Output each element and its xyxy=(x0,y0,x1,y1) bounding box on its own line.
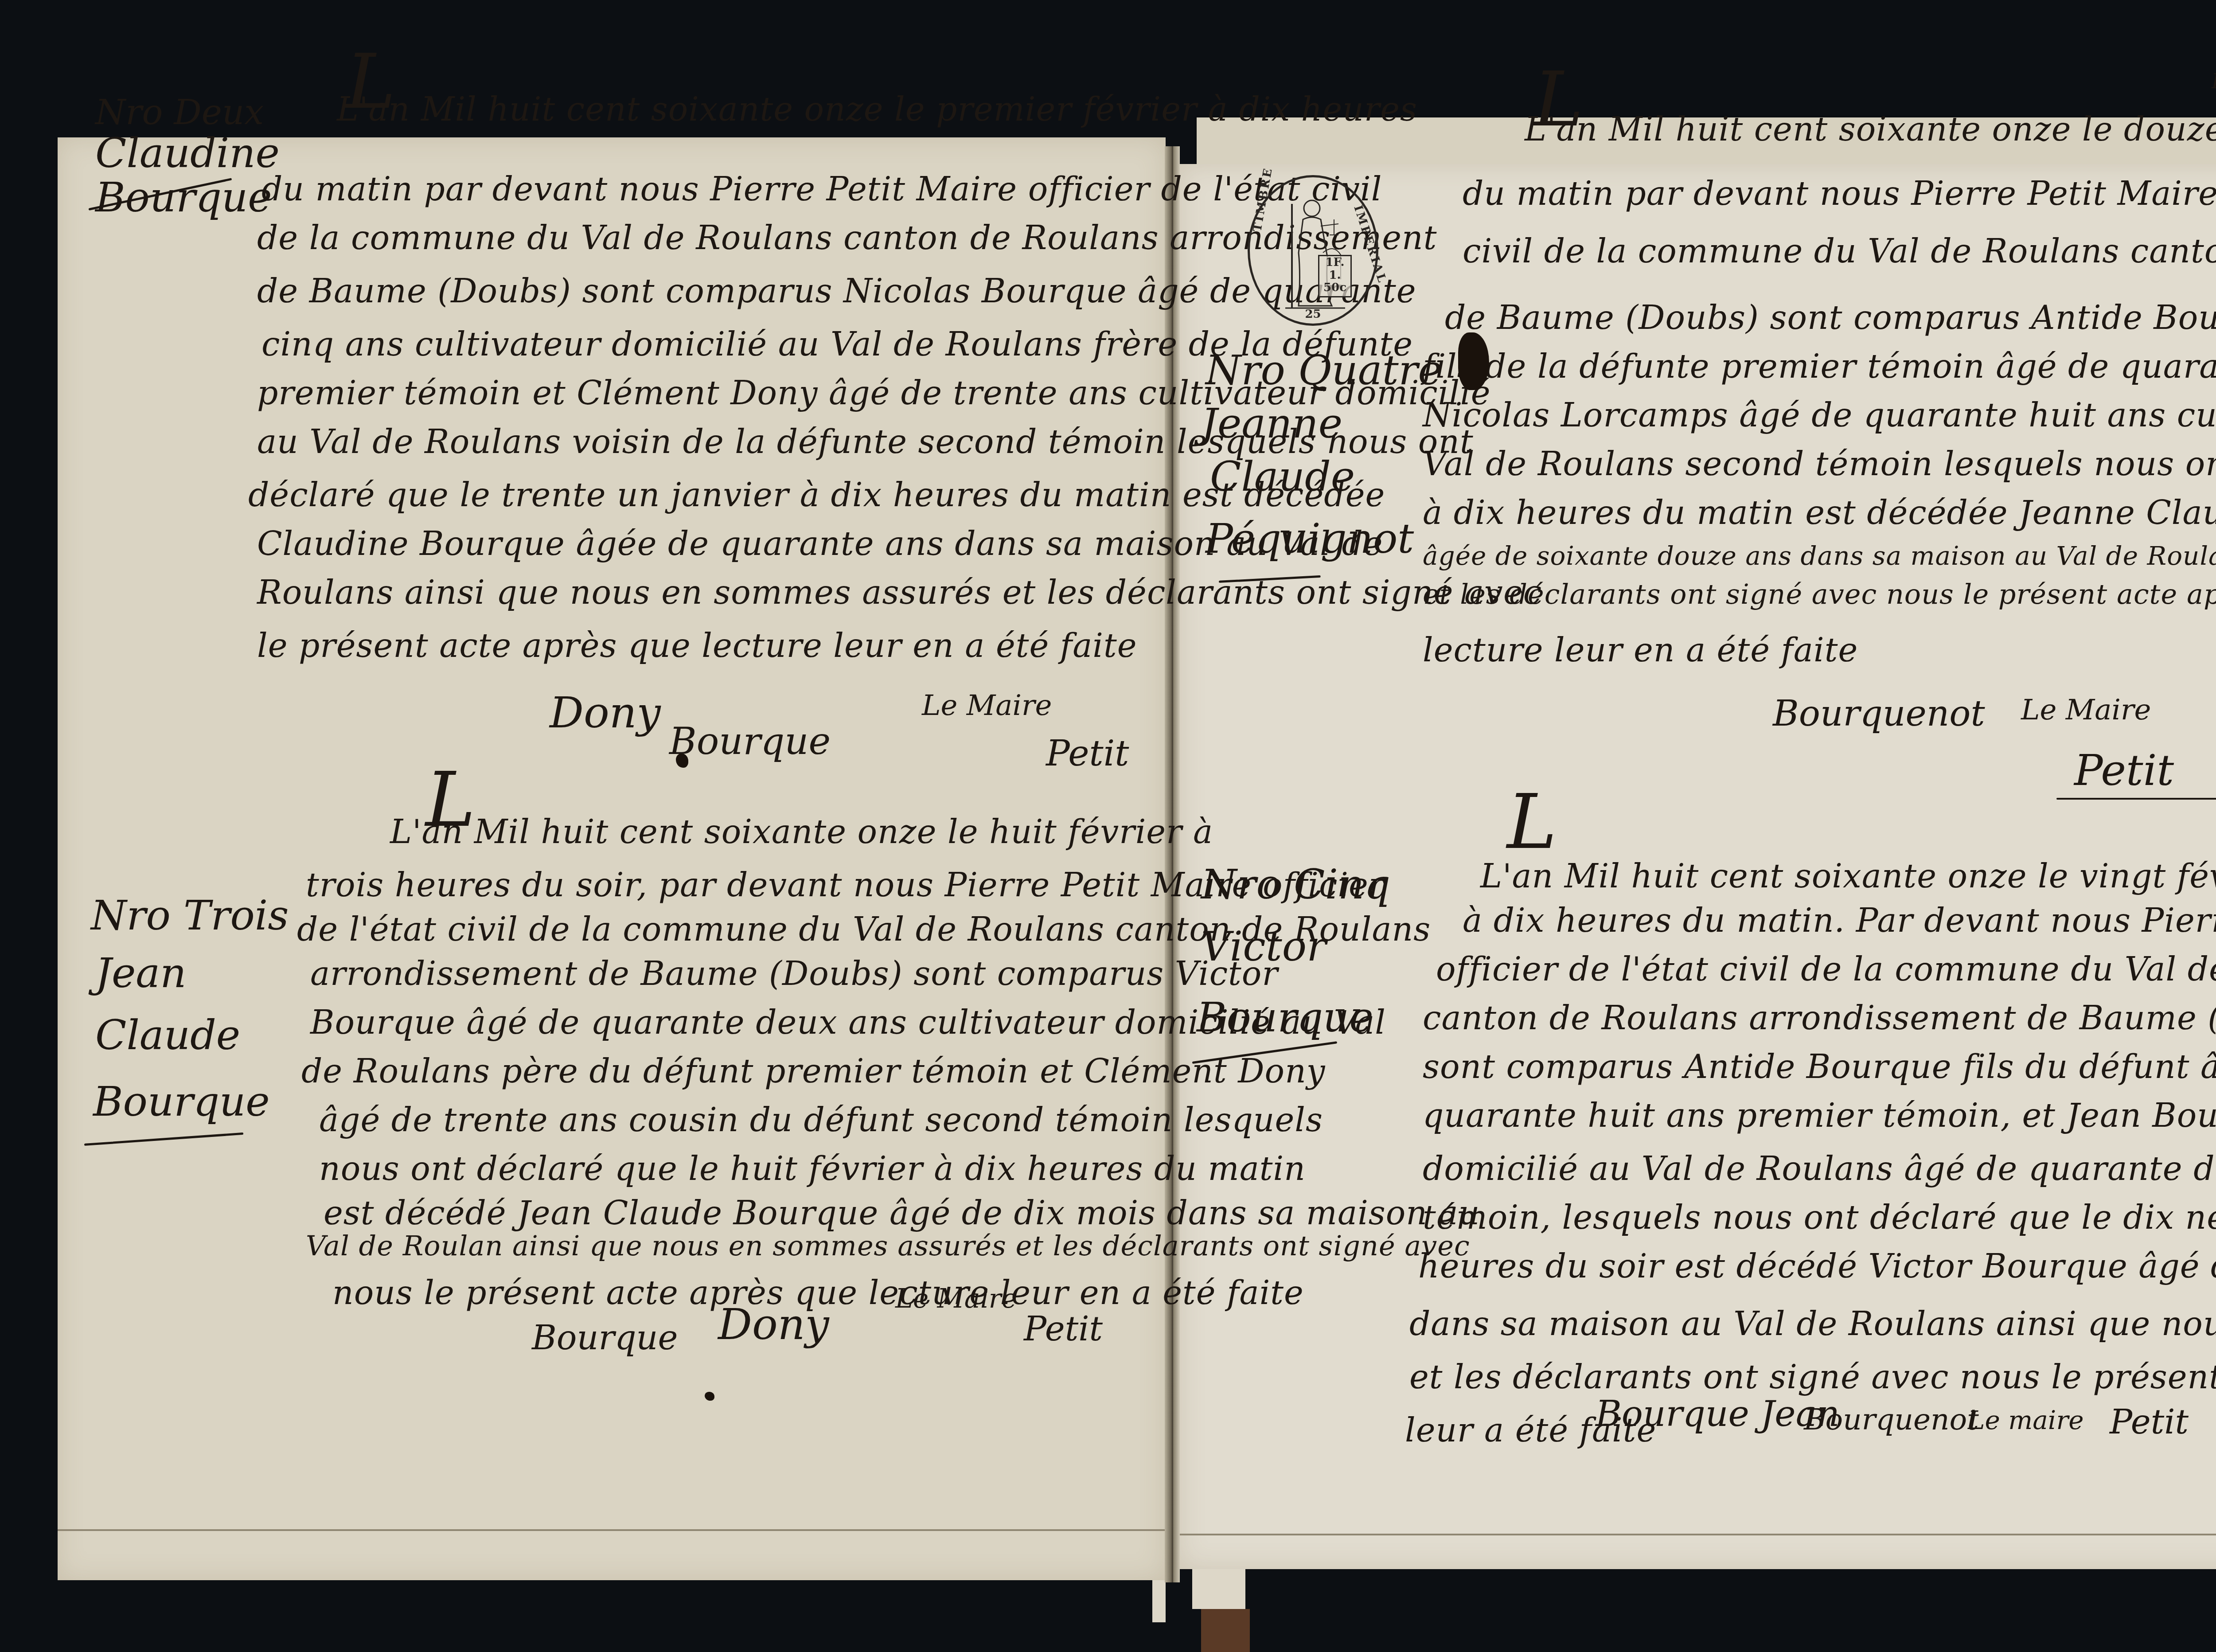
entry-4-line: témoin, lesquels nous ont déclaré que le… xyxy=(1423,1201,2216,1234)
entry-3-margin-surname: Péquignot xyxy=(1206,519,1414,559)
entry-4-mayor-label: Le maire xyxy=(1968,1407,2083,1433)
left-page-bottom-fold xyxy=(58,1529,1166,1531)
entry-3-line: lecture leur en a été faite xyxy=(1423,634,1858,667)
entry-3-mayor-signature: Petit xyxy=(2074,749,2174,792)
stamp-number: 25 xyxy=(1250,308,1376,321)
entry-4-margin-surname: Bourque xyxy=(1197,997,1373,1038)
entry-4-line: heures du soir est décédé Victor Bourque… xyxy=(1418,1250,2216,1283)
folio-note: Deuxième feuillet xyxy=(2212,71,2216,91)
entry-3-line: âgée de soixante douze ans dans sa maiso… xyxy=(1423,543,2216,569)
stamp-value-bottom: 50c xyxy=(1319,281,1350,294)
stamp-value-mid: 1. xyxy=(1319,269,1350,282)
entry-2-line: de Roulans père du défunt premier témoin… xyxy=(301,1055,1326,1088)
entry-1-margin-surname: Bourque xyxy=(95,177,272,218)
entry-4-signature-bourquenot: Bourquenot xyxy=(1804,1405,1979,1434)
entry-4-line: sont comparus Antide Bourque fils du déf… xyxy=(1423,1051,2216,1083)
entry-4-line: officier de l'état civil de la commune d… xyxy=(1436,953,2216,986)
entry-1-mayor-signature: Petit xyxy=(1046,736,1129,771)
entry-4-line: canton de Roulans arrondissement de Baum… xyxy=(1423,1002,2216,1035)
entry-4-signature-bourque-jean: Bourque Jean xyxy=(1596,1396,1840,1432)
entry-2-line: âgé de trente ans cousin du défunt secon… xyxy=(319,1104,1323,1136)
entry-2-mayor-label: Le Maire xyxy=(895,1285,1017,1312)
entry-3-line: de Baume (Doubs) sont comparus Antide Bo… xyxy=(1445,301,2216,334)
entry-4-line: et les déclarants ont signé avec nous le… xyxy=(1409,1361,2216,1394)
entry-3-line: civil de la commune du Val de Roulans ca… xyxy=(1463,235,2216,268)
entry-3-line: à dix heures du matin est décédée Jeanne… xyxy=(1423,496,2216,529)
entry-1-line: du matin par devant nous Pierre Petit Ma… xyxy=(261,173,1382,206)
entry-2-margin-firstname: Jean xyxy=(95,953,186,994)
entry-4-dropcap: L xyxy=(1507,785,1557,860)
entry-2-margin-middlename: Claude xyxy=(95,1015,240,1056)
entry-3-mayor-label: Le Maire xyxy=(2021,696,2151,724)
entry-2-line: Val de Roulan ainsi que nous en sommes a… xyxy=(306,1232,1470,1260)
entry-3-closing-flourish xyxy=(2056,798,2216,800)
entry-4-mayor-signature: Petit xyxy=(2110,1405,2189,1439)
entry-2-signature-bourque: Bourque xyxy=(532,1321,678,1355)
entry-4-line: dans sa maison au Val de Roulans ainsi q… xyxy=(1409,1308,2216,1340)
entry-3-margin-firstname: Jeanne xyxy=(1201,403,1342,444)
entry-1-signature-dony: Dony xyxy=(550,691,661,734)
entry-2-line: est décédé Jean Claude Bourque âgé de di… xyxy=(324,1197,1480,1230)
entry-1-signature-bourque: Bourque xyxy=(669,723,831,760)
entry-2-mayor-signature: Petit xyxy=(1024,1312,1103,1346)
bottom-tab-right xyxy=(1192,1569,1245,1609)
timbre-imperial-stamp: TIMBRE IMPERIAL 1F. 1. 50c 25 xyxy=(1248,175,1378,326)
entry-2-margin-number: Nro Trois xyxy=(91,895,289,936)
ink-blot xyxy=(676,754,688,768)
entry-4-line: domicilié au Val de Roulans âgé de quara… xyxy=(1423,1152,2216,1185)
stamp-value-top: 1F. xyxy=(1319,256,1350,269)
entry-3-line: du matin par devant nous Pierre Petit Ma… xyxy=(1463,177,2216,210)
right-page-bottom-fold xyxy=(1179,1534,2216,1535)
bottom-binding xyxy=(1201,1609,1250,1652)
entry-3-line: fils de la défunte premier témoin âgé de… xyxy=(1423,350,2216,383)
entry-3-margin-middlename: Claude xyxy=(1210,457,1355,497)
ink-blot-large xyxy=(1458,332,1489,390)
entry-1-line: L'an Mil huit cent soixante onze le prem… xyxy=(337,93,1417,126)
entry-1-margin-firstname: Claudine xyxy=(95,133,280,174)
entry-2-margin-surname: Bourque xyxy=(93,1082,270,1122)
entry-1-mayor-label: Le Maire xyxy=(922,691,1052,720)
entry-4-line: L'an Mil huit cent soixante onze le ving… xyxy=(1480,860,2216,893)
entry-2-line: nous ont déclaré que le huit février à d… xyxy=(319,1152,1306,1185)
entry-1-margin-number: Nro Deux xyxy=(95,95,264,130)
entry-3-line: et les déclarants ont signé avec nous le… xyxy=(1423,581,2216,608)
ink-blot xyxy=(705,1392,714,1401)
entry-2-line: L'an Mil huit cent soixante onze le huit… xyxy=(390,816,1213,848)
entry-2-line: arrondissement de Baume (Doubs) sont com… xyxy=(310,957,1278,990)
entry-1-line: le présent acte après que lecture leur e… xyxy=(257,629,1137,662)
entry-3-signature-bourquenot: Bourquenot xyxy=(1773,696,1985,731)
entry-3-margin-number: Nro Quatre xyxy=(1206,350,1442,391)
entry-4-margin-number: Nro Cinq xyxy=(1201,864,1390,905)
entry-2-signature-dony: Dony xyxy=(718,1303,829,1346)
bottom-tab-left xyxy=(1152,1578,1166,1622)
entry-1-line: Roulans ainsi que nous en sommes assurés… xyxy=(257,576,1542,609)
entry-3-line: L'an Mil huit cent soixante onze le douz… xyxy=(1525,113,2216,146)
entry-3-line: Nicolas Lorcamps âgé de quarante huit an… xyxy=(1423,399,2216,432)
stamp-value-box: 1F. 1. 50c xyxy=(1318,255,1352,297)
entry-4-line: quarante huit ans premier témoin, et Jea… xyxy=(1423,1099,2216,1132)
entry-4-line: à dix heures du matin. Par devant nous P… xyxy=(1463,904,2216,937)
entry-3-line: Val de Roulans second témoin lesquels no… xyxy=(1423,448,2216,480)
entry-1-line: de Baume (Doubs) sont comparus Nicolas B… xyxy=(257,275,1416,308)
entry-4-margin-firstname: Victor xyxy=(1201,926,1326,967)
